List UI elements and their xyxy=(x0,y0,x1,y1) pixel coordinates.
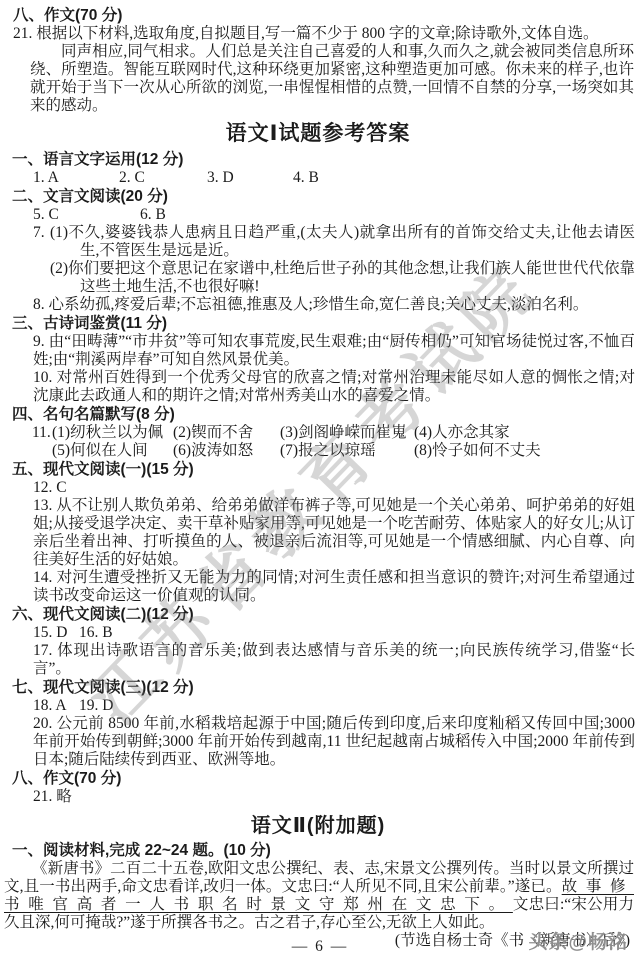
question-21-number: 21. xyxy=(13,25,32,42)
part-2-answer: 你们要把这个意思记在家谱中,杜绝后世子孙的其他念想,让我们族人能世世代代依靠这些… xyxy=(68,260,635,295)
blank-2: (2)锲而不舍 xyxy=(173,424,280,442)
section-heading-3: 三、古诗词鉴赏(11 分) xyxy=(12,315,636,333)
paper1-title: 语文Ⅰ试题参考答案 xyxy=(0,121,636,147)
question-17: 17. 体现出诗歌语言的音乐美;做到表达感情与音乐美的统一;向民族传统学习,借鉴… xyxy=(33,642,635,678)
question-7: 7. (1)不久,婆婆钱恭人患病且日趋严重,(太夫人)就拿出所有的首饰交给丈夫,… xyxy=(0,224,636,296)
question-14-number: 14. xyxy=(33,569,52,586)
answer-row-15-16: 15. D 16. B xyxy=(33,624,636,642)
answer-1: 1. A xyxy=(33,169,119,187)
question-17-number: 17. xyxy=(33,642,52,659)
essay-material-paragraph: 同声相应,同气相求。人们总是关注自己喜爱的人和事,久而久之,就会被同类信息所环绕… xyxy=(30,43,634,115)
question-20: 20. 公元前 8500 年前,水稻栽培起源于中国;随后传到印度,后来印度籼稻又… xyxy=(33,715,635,769)
blank-spacer xyxy=(32,442,52,460)
question-17-answer: 体现出诗歌语言的音乐美;做到表达感情与音乐美的统一;向民族传统学习,借鉴“长言”… xyxy=(33,642,635,677)
section-heading-8: 八、作文(70 分) xyxy=(12,770,636,788)
section-heading-1: 一、语言文字运用(12 分) xyxy=(12,151,636,169)
question-7-number: 7. xyxy=(33,224,45,242)
question-8-number: 8. xyxy=(33,296,45,313)
part-1-answer: 不久,婆婆钱恭人患病且日趋严重,(太夫人)就拿出所有的首饰交给丈夫,让他去请医生… xyxy=(68,224,635,259)
question-14-answer: 对河生遭受挫折又无能为力的同情;对河生责任感和担当意识的赞许;对河生希望通过读书… xyxy=(33,569,635,604)
section-heading-6: 六、现代文阅读(二)(12 分) xyxy=(12,606,636,624)
answer-12: 12. C xyxy=(33,479,635,497)
answer-row-18-19: 18. A 19. D xyxy=(33,697,636,715)
question-21-text: 根据以下材料,选取角度,自拟题目,写一篇不少于 800 字的文章;除诗歌外,文体… xyxy=(36,25,598,42)
blank-7: (7)报之以琼瑶 xyxy=(280,442,414,460)
passage-text-pre: 《新唐书》二百二十五卷,欧阳文忠公撰纪、表、志,宋景文公撰列传。当时以景文所撰过… xyxy=(4,860,634,895)
answer-2: 2. C xyxy=(119,169,207,187)
part-1-number: (1) xyxy=(50,224,68,241)
answer-3: 3. D xyxy=(207,169,293,187)
question-8: 8. 心系幼孤,疼爱后辈;不忘祖德,推惠及人;珍惜生命,宽仁善良;关心丈夫,淡泊… xyxy=(33,296,635,314)
question-13-answer: 从不让别人欺负弟弟、给弟弟做洋布裤子等,可见她是一个关心弟弟、呵护弟弟的好姐姐;… xyxy=(33,497,635,568)
question-9-number: 9. xyxy=(33,333,45,350)
question-13: 13. 从不让别人欺负弟弟、给弟弟做洋布裤子等,可见她是一个关心弟弟、呵护弟弟的… xyxy=(33,497,635,569)
blank-3: (3)剑阁峥嵘而崔嵬 xyxy=(280,424,414,442)
answer-15: 15. D xyxy=(33,624,79,642)
answer-row-5-6: 5. C 6. B xyxy=(33,206,636,224)
dictation-row-1: 11. (1)纫秋兰以为佩 (2)锲而不舍 (3)剑阁峥嵘而崔嵬 (4)人亦念其… xyxy=(32,424,636,442)
question-13-number: 13. xyxy=(33,497,52,514)
question-7-part-2: (2)你们要把这个意思记在家谱中,杜绝后世子孙的其他念想,让我们族人能世世代代依… xyxy=(50,260,635,296)
question-20-answer: 公元前 8500 年前,水稻栽培起源于中国;随后传到印度,后来印度籼稻又传回中国… xyxy=(33,715,635,768)
question-10: 10. 对常州百姓得到一个优秀父母官的欣喜之情;对常州治理未能尽如人意的惆怅之情… xyxy=(33,369,635,405)
question-20-number: 20. xyxy=(33,715,52,732)
credit-watermark: 头条@畅洺 xyxy=(528,934,628,952)
blank-5: (5)何似在人间 xyxy=(52,442,173,460)
part-2-number: (2) xyxy=(50,260,68,277)
question-7-part-1: (1)不久,婆婆钱恭人患病且日趋严重,(太夫人)就拿出所有的首饰交给丈夫,让他去… xyxy=(50,224,635,260)
question-14: 14. 对河生遭受挫折又无能为力的同情;对河生责任感和担当意识的赞许;对河生希望… xyxy=(33,569,635,605)
question-9-answer: 由“田畴薄”“市井贫”等可知农事荒废,民生艰难;由“厨传相仍”可知官场徒悦过客,… xyxy=(33,333,635,368)
question-21-prompt: 21. 根据以下材料,选取角度,自拟题目,写一篇不少于 800 字的文章;除诗歌… xyxy=(13,25,636,43)
dictation-row-2: (5)何似在人间 (6)波涛如怒 (7)报之以琼瑶 (8)怜子如何不丈夫 xyxy=(32,442,636,460)
question-10-number: 10. xyxy=(33,369,52,386)
question-8-answer: 心系幼孤,疼爱后辈;不忘祖德,推惠及人;珍惜生命,宽仁善良;关心丈夫,淡泊名利。 xyxy=(49,296,589,313)
answer-4: 4. B xyxy=(293,169,636,187)
paper2-section-heading-1: 一、阅读材料,完成 22~24 题。(10 分) xyxy=(12,842,636,860)
blank-8: (8)怜子如何不丈夫 xyxy=(414,442,636,460)
answer-18: 18. A xyxy=(33,697,79,715)
exam-answer-page: 八、作文(70 分) 21. 根据以下材料,选取角度,自拟题目,写一篇不少于 8… xyxy=(0,6,640,950)
blank-6: (6)波涛如怒 xyxy=(173,442,280,460)
section-heading-2: 二、文言文阅读(20 分) xyxy=(12,188,636,206)
section-heading-essay-top: 八、作文(70 分) xyxy=(13,7,636,25)
answer-row-1-4: 1. A 2. C 3. D 4. B xyxy=(33,169,636,187)
answer-16: 16. B xyxy=(79,624,636,642)
blank-4: (4)人亦念其家 xyxy=(414,424,636,442)
blank-1: (1)纫秋兰以为佩 xyxy=(52,424,173,442)
paper2-title: 语文Ⅱ(附加题) xyxy=(0,813,636,839)
answer-6: 6. B xyxy=(140,206,636,224)
question-10-answer: 对常州百姓得到一个优秀父母官的欣喜之情;对常州治理未能尽如人意的惆怅之情;对沈康… xyxy=(33,369,635,404)
question-9: 9. 由“田畴薄”“市井贫”等可知农事荒废,民生艰难;由“厨传相仍”可知官场徒悦… xyxy=(33,333,635,369)
section-heading-7: 七、现代文阅读(三)(12 分) xyxy=(12,679,636,697)
section-heading-4: 四、名句名篇默写(8 分) xyxy=(12,406,636,424)
answer-5: 5. C xyxy=(33,206,140,224)
answer-19: 19. D xyxy=(79,697,636,715)
classical-passage: 《新唐书》二百二十五卷,欧阳文忠公撰纪、表、志,宋景文公撰列传。当时以景文所撰过… xyxy=(4,860,634,932)
question-11-number: 11. xyxy=(32,424,52,442)
answer-21: 21. 略 xyxy=(33,788,635,806)
section-heading-5: 五、现代文阅读(一)(15 分) xyxy=(12,461,636,479)
